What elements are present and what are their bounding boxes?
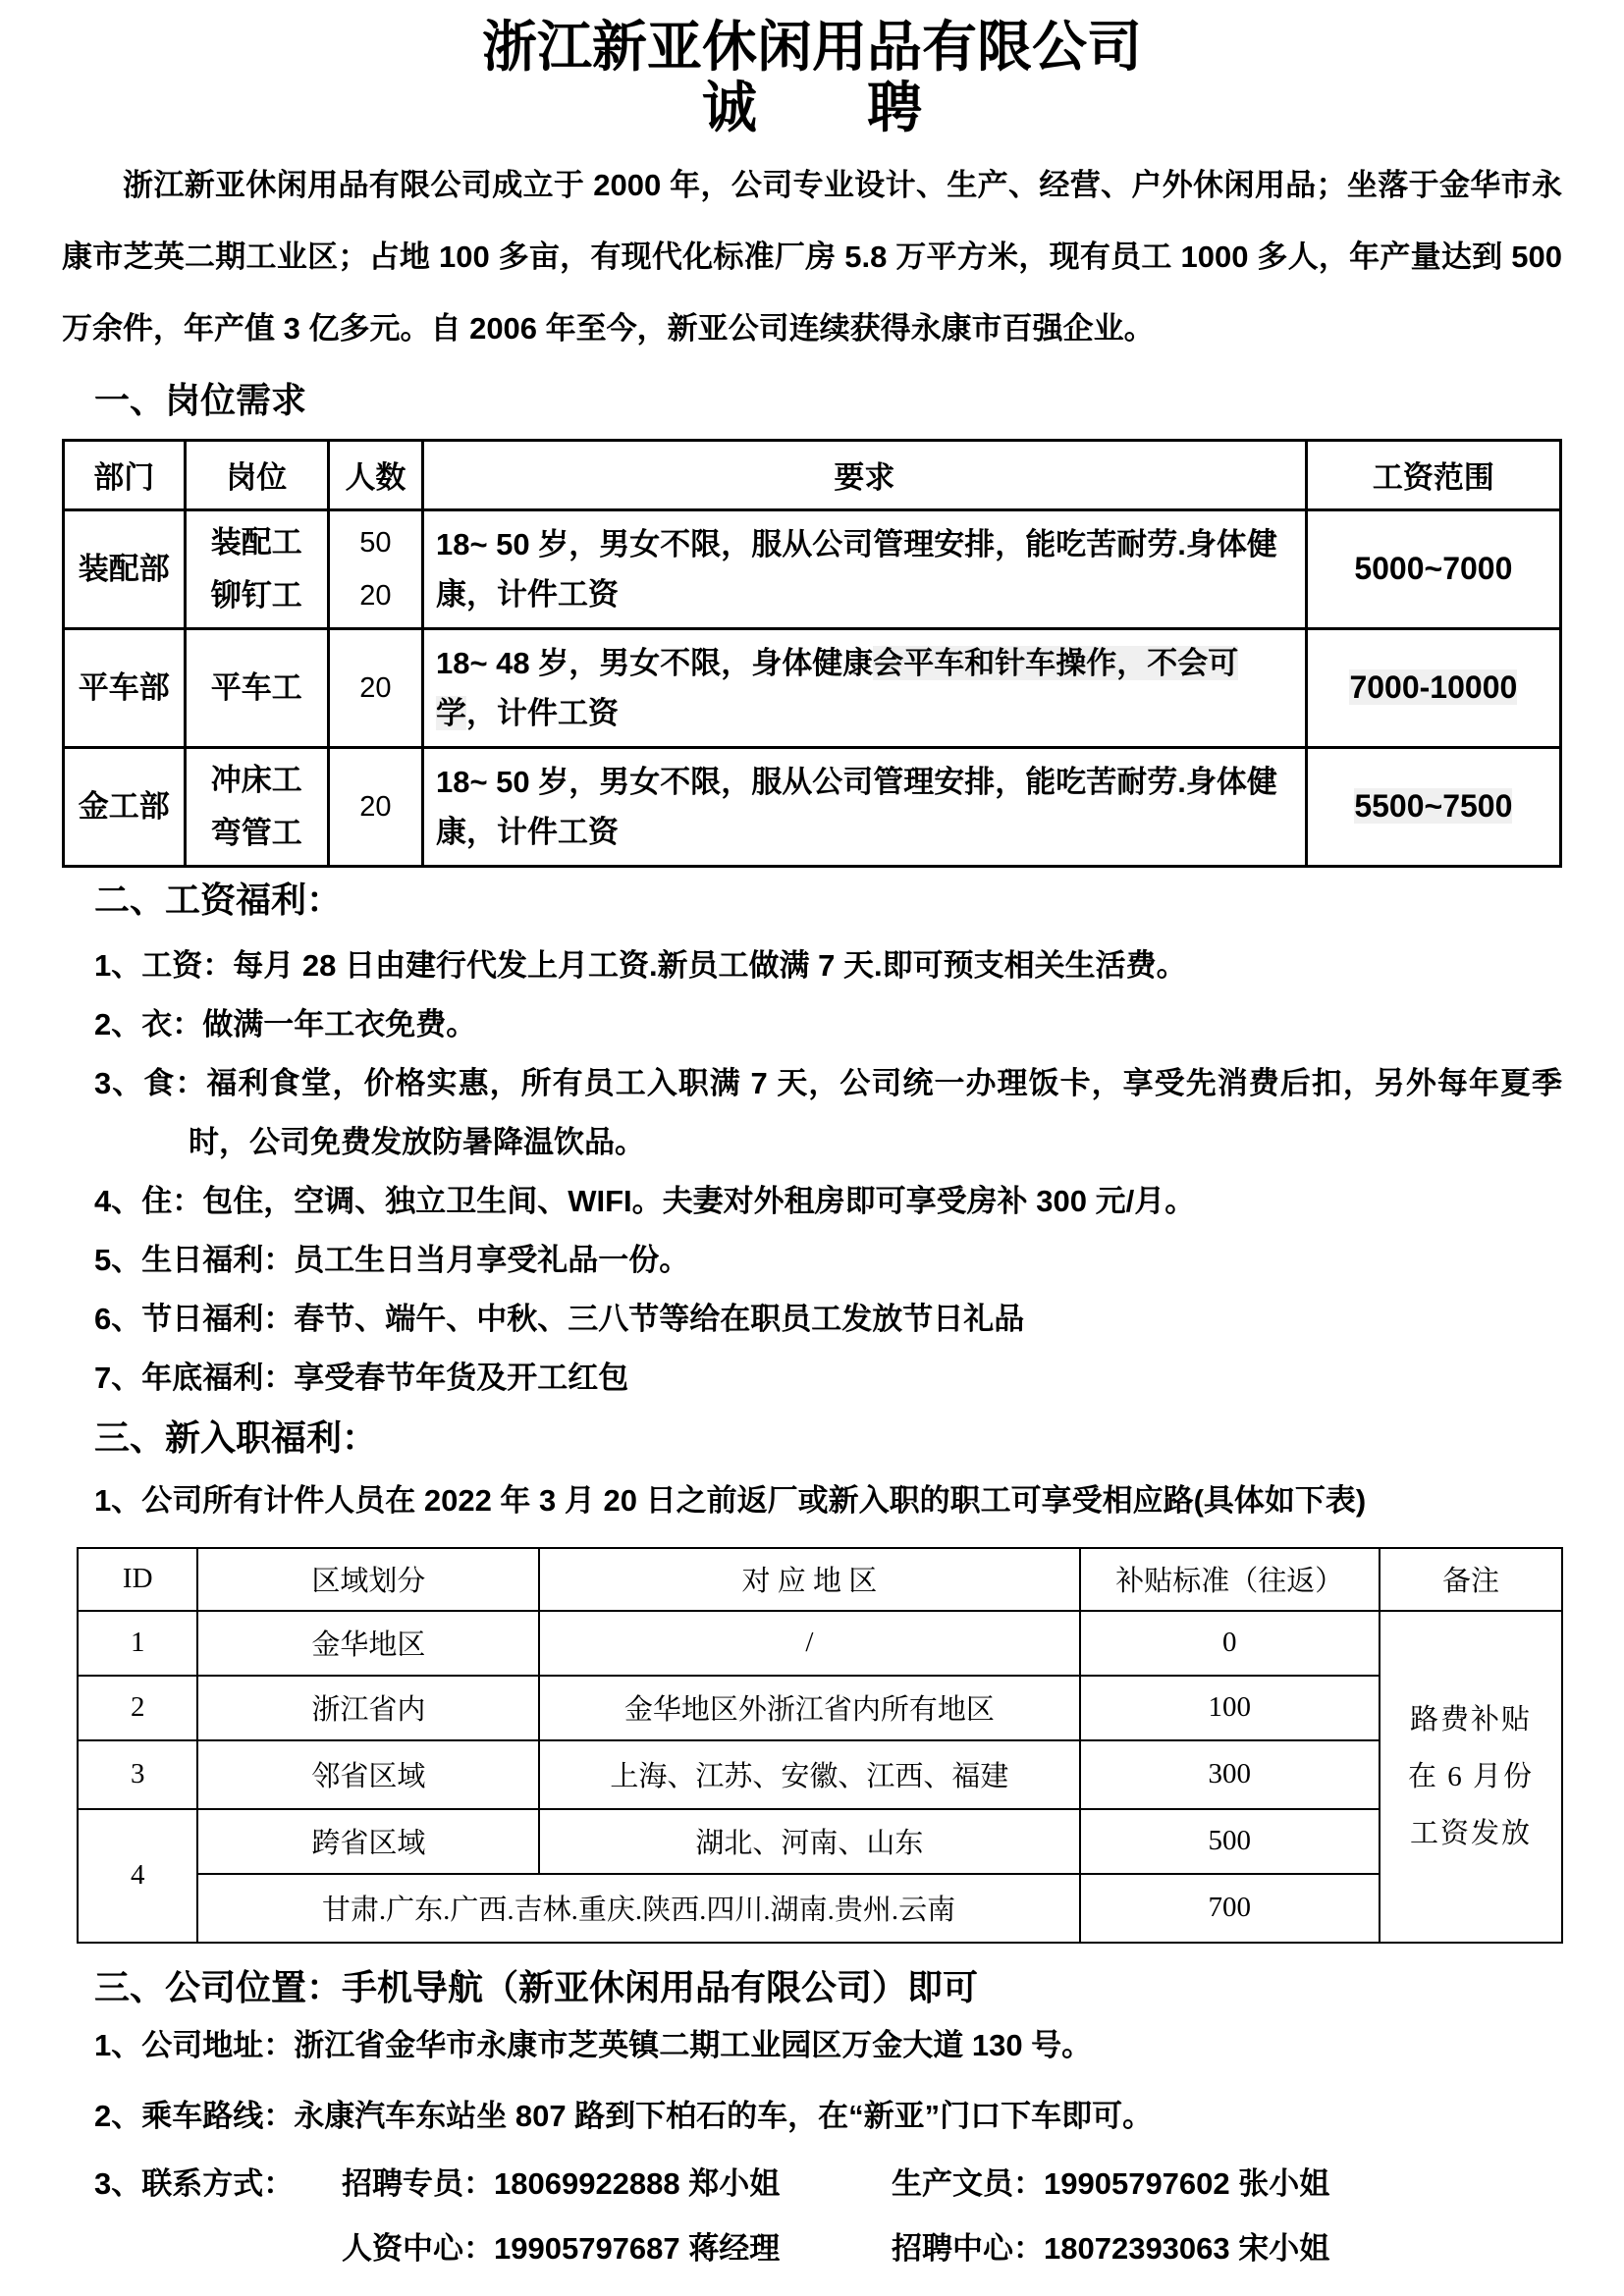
zone-cell: 跨省区域 — [197, 1809, 539, 1874]
position-line: 冲床工 — [188, 754, 326, 807]
amount-cell: 100 — [1080, 1676, 1380, 1740]
company-intro: 浙江新亚休闲用品有限公司成立于 2000 年，公司专业设计、生产、经营、户外休闲… — [62, 149, 1562, 364]
count-cell: 20 — [328, 628, 422, 747]
jobs-row: 金工部 冲床工 弯管工 20 18~ 50 岁，男女不限，服从公司管理安排，能吃… — [64, 747, 1561, 866]
location-heading: 三、公司位置：手机导航（新亚休闲用品有限公司）即可 — [94, 1965, 1562, 2010]
position-line: 弯管工 — [188, 807, 326, 860]
contact-entry: 招聘中心：18072393063 宋小姐 — [892, 2216, 1441, 2281]
dept-cell: 金工部 — [64, 747, 186, 866]
subsidy-col-amount: 补贴标准（往返） — [1080, 1548, 1380, 1611]
benefit-item: 1、工资：每月 28 日由建行代发上月工资.新员工做满 7 天.即可预支相关生活… — [94, 936, 1562, 995]
salary-cell: 7000-10000 — [1306, 628, 1560, 747]
requirement-cell: 18~ 48 岁，男女不限，身体健康会平车和针车操作，不会可学，计件工资 — [422, 628, 1306, 747]
area-cell: 上海、江苏、安徽、江西、福建 — [539, 1740, 1079, 1809]
count-line: 50 — [331, 516, 420, 569]
recruitment-flyer: 浙江新亚休闲用品有限公司 诚 聘 浙江新亚休闲用品有限公司成立于 2000 年，… — [0, 0, 1624, 2281]
subsidy-row: 甘肃.广东.广西.吉林.重庆.陕西.四川.湖南.贵州.云南 700 — [78, 1874, 1562, 1943]
contact-entry: 招聘专员：18069922888 郑小姐 — [342, 2152, 892, 2216]
salary-value: 7000-10000 — [1349, 669, 1517, 705]
page-subtitle: 诚 聘 — [62, 80, 1562, 137]
jobs-col-count: 人数 — [328, 440, 422, 509]
subsidy-col-id: ID — [78, 1548, 197, 1611]
salary-cell: 5500~7500 — [1306, 747, 1560, 866]
jobs-col-requirement: 要求 — [422, 440, 1306, 509]
amount-cell: 700 — [1080, 1874, 1380, 1943]
page-title: 浙江新亚休闲用品有限公司 — [62, 14, 1562, 80]
contacts-row: 3、联系方式： 招聘专员：18069922888 郑小姐 生产文员：199057… — [94, 2152, 1562, 2216]
contact-entry: 人资中心：19905797687 蒋经理 — [342, 2216, 892, 2281]
id-cell: 3 — [78, 1740, 197, 1809]
jobs-row: 装配部 装配工 铆钉工 50 20 18~ 50 岁，男女不限，服从公司管理安排… — [64, 509, 1561, 628]
requirement-text: 18~ 50 岁，男女不限，服从公司管理安排，能吃苦耐劳.身体健康，计件工资 — [436, 765, 1277, 849]
salary-cell: 5000~7000 — [1306, 509, 1560, 628]
location-item: 1、公司地址：浙江省金华市永康市芝英镇二期工业园区万金大道 130 号。 — [94, 2010, 1562, 2081]
benefits-heading: 二、工资福利： — [94, 878, 1562, 923]
requirement-text: 18~ 48 岁，男女不限，身体健康 — [436, 646, 873, 680]
salary-value: 5500~7500 — [1354, 788, 1512, 824]
id-cell: 1 — [78, 1611, 197, 1676]
dept-cell: 平车部 — [64, 628, 186, 747]
salary-value: 5000~7000 — [1354, 551, 1512, 586]
subsidy-col-remark: 备注 — [1380, 1548, 1562, 1611]
remark-cell: 路费补贴 在 6 月份 工资发放 — [1380, 1611, 1562, 1943]
count-cell: 50 20 — [328, 509, 422, 628]
position-line: 铆钉工 — [188, 569, 326, 622]
subsidy-table: ID 区域划分 对 应 地 区 补贴标准（往返） 备注 1 金华地区 / 0 路… — [77, 1547, 1563, 1944]
amount-cell: 500 — [1080, 1809, 1380, 1874]
count-line: 20 — [331, 569, 420, 622]
subsidy-row: 1 金华地区 / 0 路费补贴 在 6 月份 工资发放 — [78, 1611, 1562, 1676]
jobs-col-salary: 工资范围 — [1306, 440, 1560, 509]
id-cell: 2 — [78, 1676, 197, 1740]
area-merged-cell: 甘肃.广东.广西.吉林.重庆.陕西.四川.湖南.贵州.云南 — [197, 1874, 1079, 1943]
position-cell: 冲床工 弯管工 — [185, 747, 328, 866]
benefit-item: 7、年底福利：享受春节年货及开工红包 — [94, 1349, 1562, 1408]
benefit-item: 6、节日福利：春节、端午、中秋、三八节等给在职员工发放节日礼品 — [94, 1290, 1562, 1349]
contact-label: 3、联系方式： — [94, 2152, 342, 2216]
dept-cell: 装配部 — [64, 509, 186, 628]
zone-cell: 金华地区 — [197, 1611, 539, 1676]
newhire-note: 1、公司所有计件人员在 2022 年 3 月 20 日之前返厂或新入职的职工可享… — [94, 1467, 1562, 1535]
zone-cell: 邻省区域 — [197, 1740, 539, 1809]
count-cell: 20 — [328, 747, 422, 866]
area-cell: 湖北、河南、山东 — [539, 1809, 1079, 1874]
subsidy-row: 3 邻省区域 上海、江苏、安徽、江西、福建 300 — [78, 1740, 1562, 1809]
subsidy-header-row: ID 区域划分 对 应 地 区 补贴标准（往返） 备注 — [78, 1548, 1562, 1611]
count-line: 20 — [331, 780, 420, 833]
amount-cell: 300 — [1080, 1740, 1380, 1809]
contacts-row: 人资中心：19905797687 蒋经理 招聘中心：18072393063 宋小… — [94, 2216, 1562, 2281]
count-line: 20 — [331, 662, 420, 715]
requirement-cell: 18~ 50 岁，男女不限，服从公司管理安排，能吃苦耐劳.身体健康，计件工资 — [422, 747, 1306, 866]
jobs-table: 部门 岗位 人数 要求 工资范围 装配部 装配工 铆钉工 50 20 18~ 5… — [62, 439, 1562, 868]
subsidy-col-zone: 区域划分 — [197, 1548, 539, 1611]
benefits-list: 1、工资：每月 28 日由建行代发上月工资.新员工做满 7 天.即可预支相关生活… — [62, 936, 1562, 1408]
contact-label-spacer — [94, 2216, 342, 2281]
area-cell: / — [539, 1611, 1079, 1676]
id-cell: 4 — [78, 1809, 197, 1943]
jobs-col-dept: 部门 — [64, 440, 186, 509]
jobs-col-position: 岗位 — [185, 440, 328, 509]
benefit-item: 5、生日福利：员工生日当月享受礼品一份。 — [94, 1231, 1562, 1290]
jobs-header-row: 部门 岗位 人数 要求 工资范围 — [64, 440, 1561, 509]
position-cell: 平车工 — [185, 628, 328, 747]
requirement-text: 18~ 50 岁，男女不限，服从公司管理安排，能吃苦耐劳.身体健康，计件工资 — [436, 527, 1277, 612]
jobs-heading: 一、岗位需求 — [94, 378, 1562, 423]
position-line: 装配工 — [188, 516, 326, 569]
contact-entry: 生产文员：19905797602 张小姐 — [892, 2152, 1441, 2216]
requirement-cell: 18~ 50 岁，男女不限，服从公司管理安排，能吃苦耐劳.身体健康，计件工资 — [422, 509, 1306, 628]
location-item: 2、乘车路线：永康汽车东站坐 807 路到下柏石的车，在“新亚”门口下车即可。 — [94, 2081, 1562, 2152]
position-cell: 装配工 铆钉工 — [185, 509, 328, 628]
benefit-item: 3、食：福利食堂，价格实惠，所有员工入职满 7 天，公司统一办理饭卡，享受先消费… — [94, 1054, 1562, 1172]
amount-cell: 0 — [1080, 1611, 1380, 1676]
newhire-heading: 三、新入职福利： — [94, 1415, 1562, 1461]
position-line: 平车工 — [188, 662, 326, 715]
zone-cell: 浙江省内 — [197, 1676, 539, 1740]
benefit-item: 4、住：包住，空调、独立卫生间、WIFI。夫妻对外租房即可享受房补 300 元/… — [94, 1172, 1562, 1231]
requirement-text: ，计件工资 — [466, 696, 619, 730]
area-cell: 金华地区外浙江省内所有地区 — [539, 1676, 1079, 1740]
subsidy-row: 4 跨省区域 湖北、河南、山东 500 — [78, 1809, 1562, 1874]
benefit-item: 2、衣：做满一年工衣免费。 — [94, 995, 1562, 1054]
jobs-row: 平车部 平车工 20 18~ 48 岁，男女不限，身体健康会平车和针车操作，不会… — [64, 628, 1561, 747]
subsidy-col-area: 对 应 地 区 — [539, 1548, 1079, 1611]
subsidy-row: 2 浙江省内 金华地区外浙江省内所有地区 100 — [78, 1676, 1562, 1740]
